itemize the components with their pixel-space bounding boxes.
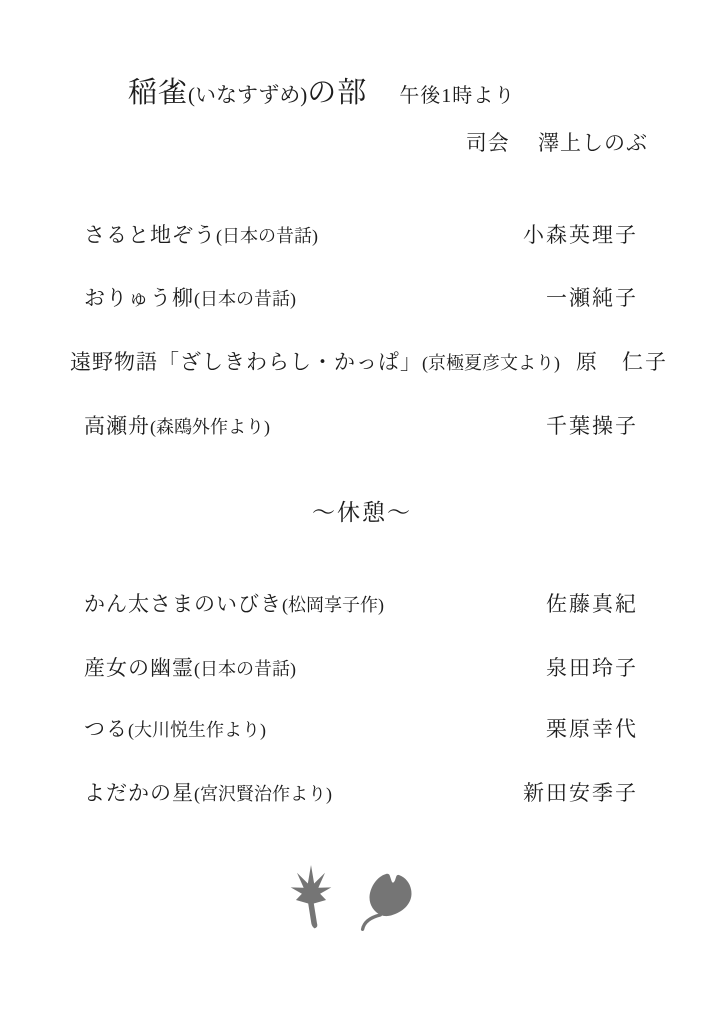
section-title: 稲雀 (いなすずめ) の部 午後1時より [128, 70, 515, 111]
piece-title: 遠野物語「ざしきわらし・かっぱ」 [70, 350, 422, 374]
piece-title: おりゅう柳 [84, 286, 194, 310]
piece-title-block: 産女の幽霊(日本の昔話) [84, 652, 296, 682]
piece-source: (日本の昔話) [194, 659, 296, 679]
performer-name: 一瀬純子 [546, 282, 638, 312]
program-item: おりゅう柳(日本の昔話) 一瀬純子 [84, 282, 638, 312]
piece-title: 産女の幽霊 [84, 656, 194, 680]
piece-title: よだかの星 [84, 781, 194, 805]
section-title-main: 稲雀 [128, 70, 188, 111]
piece-title-block: おりゅう柳(日本の昔話) [84, 282, 296, 312]
piece-source: (大川悦生作より) [128, 720, 266, 740]
piece-title-block: つる(大川悦生作より) [84, 713, 266, 743]
piece-source: (松岡享子作) [282, 595, 384, 615]
ginkgo-leaf-icon [354, 864, 420, 934]
mc-name: 澤上しのぶ [538, 131, 648, 155]
decorative-leaves [276, 858, 420, 942]
program-item: 産女の幽霊(日本の昔話) 泉田玲子 [84, 652, 638, 682]
mc-label: 司会 [466, 131, 510, 155]
mc-line: 司会 澤上しのぶ [466, 127, 648, 157]
performer-name: 泉田玲子 [546, 652, 638, 682]
start-time: 午後1時より [399, 79, 515, 108]
piece-title: 高瀬舟 [84, 414, 150, 438]
piece-title-block: かん太さまのいびき(松岡享子作) [84, 588, 384, 618]
performer-name: 千葉操子 [546, 410, 638, 440]
intermission-label: ～休憩～ [0, 494, 724, 527]
piece-source: (日本の昔話) [216, 226, 318, 246]
performer-name: 小森英理子 [523, 219, 638, 249]
maple-leaf-icon [276, 858, 346, 942]
section-title-reading: (いなすずめ) [188, 79, 307, 109]
performer-name: 原 仁子 [576, 346, 668, 376]
program-item: かん太さまのいびき(松岡享子作) 佐藤真紀 [84, 588, 638, 618]
piece-source: (宮沢賢治作より) [194, 784, 332, 804]
piece-title-block: 高瀬舟(森鴎外作より) [84, 410, 270, 440]
program-page: 稲雀 (いなすずめ) の部 午後1時より 司会 澤上しのぶ さると地ぞう(日本の… [0, 0, 724, 1024]
piece-title-block: 遠野物語「ざしきわらし・かっぱ」(京極夏彦文より) [70, 346, 560, 376]
piece-title-block: よだかの星(宮沢賢治作より) [84, 777, 332, 807]
piece-title: かん太さまのいびき [84, 592, 282, 616]
piece-source: (森鴎外作より) [150, 417, 270, 437]
performer-name: 新田安季子 [523, 777, 638, 807]
program-item: さると地ぞう(日本の昔話) 小森英理子 [84, 219, 638, 249]
program-item: 高瀬舟(森鴎外作より) 千葉操子 [84, 410, 638, 440]
piece-title-block: さると地ぞう(日本の昔話) [84, 219, 318, 249]
piece-source: (日本の昔話) [194, 289, 296, 309]
program-item: 遠野物語「ざしきわらし・かっぱ」(京極夏彦文より) 原 仁子 [70, 346, 638, 376]
section-title-suffix: の部 [307, 70, 367, 111]
performer-name: 栗原幸代 [546, 713, 638, 743]
piece-title: さると地ぞう [84, 223, 216, 247]
piece-source: (京極夏彦文より) [422, 353, 560, 373]
program-item: よだかの星(宮沢賢治作より) 新田安季子 [84, 777, 638, 807]
piece-title: つる [84, 717, 128, 741]
program-item: つる(大川悦生作より) 栗原幸代 [84, 713, 638, 743]
performer-name: 佐藤真紀 [546, 588, 638, 618]
